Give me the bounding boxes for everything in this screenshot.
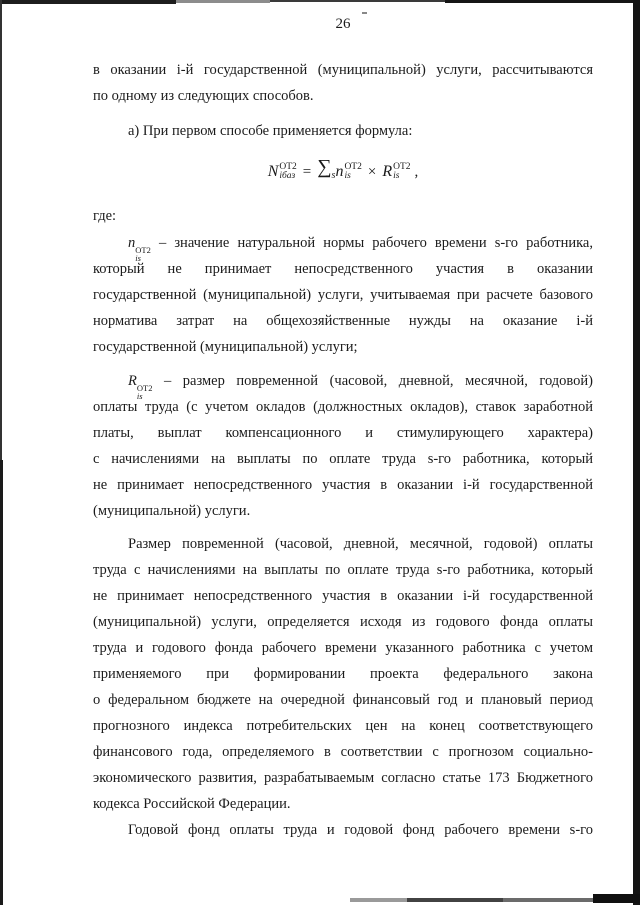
variable-base: R [382,159,392,185]
text-line: nОТ2is – значение натуральной нормы рабо… [93,230,593,256]
text-line: норматива затрат на общехозяйственные ну… [93,308,593,334]
document-content: в оказании i-й государственной (муниципа… [93,44,593,843]
text-line: кодекса Российской Федерации. [93,791,593,817]
scan-edge-left-2 [0,460,3,905]
text-line: финансового года, определяемого в соотве… [93,739,593,765]
formula-operator: × [368,159,376,185]
scan-edge-bottom-2 [407,898,503,902]
variable-subscript: iбаз [279,172,295,181]
text-line: не принимает непосредственного участия в… [93,472,593,498]
scan-edge-top-1 [0,0,176,4]
text-line: в оказании i-й государственной (муниципа… [93,57,593,83]
inline-variable: nОТ2is [128,235,151,251]
sum-base: ∑ [317,156,331,178]
scan-edge-top-3 [270,0,445,2]
formula-operator: , [415,159,419,185]
formula-variable: RОТ2is [382,159,410,185]
text-line: не принимает непосредственного участия в… [93,583,593,609]
text-line: труда с начислениями на выплаты по оплат… [93,557,593,583]
formula: NОТ2iбаз=∑snОТ2is×RОТ2is, [93,152,593,192]
scan-edge-bottom-3 [503,898,593,902]
scan-edge-bottom-1 [350,898,407,902]
text-line: (муниципальной) услуги, определяется исх… [93,609,593,635]
variable-base: N [268,159,279,185]
scan-edge-top-4 [445,0,640,3]
text-line: Размер повременной (часовой, дневной, ме… [93,531,593,557]
scan-edge-bottom-4 [593,894,640,903]
scan-edge-right [633,0,640,905]
text-line: RОТ2is – размер повременной (часовой, дн… [93,368,593,394]
text-line: который не принимает непосредственного у… [93,256,593,282]
line-text: – размер повременной (часовой, дневной, … [164,373,593,389]
variable-subscript: is [393,172,399,181]
text-line: государственной (муниципальной) услуги, … [93,282,593,308]
text-line: где: [93,203,593,229]
document-page: 26 в оказании i-й государственной (муниц… [0,0,640,905]
line-text: – значение натуральной нормы рабочего вр… [159,235,593,251]
variable-base: R [128,373,137,389]
text-line: применяемого при формировании проекта фе… [93,661,593,687]
text-line: по одному из следующих способов. [93,83,593,109]
text-line: о федеральном бюджете на очередной финан… [93,687,593,713]
inline-variable: RОТ2is [128,373,152,389]
text-line: Годовой фонд оплаты труда и годовой фонд… [93,817,593,843]
variable-subscript: is [344,172,350,181]
text-line: а) При первом способе применяется формул… [93,118,593,144]
text-line: труда и годового фонда рабочего времени … [93,635,593,661]
scan-edge-top-2 [176,0,270,3]
summation-symbol: ∑s [317,156,335,189]
text-line: платы, выплат компенсационного и стимули… [93,420,593,446]
text-line: государственной (муниципальной) услуги; [93,334,593,360]
text-line: прогнозного индекса потребительских цен … [93,713,593,739]
page-number: 26 [93,14,593,34]
formula-variable: NОТ2iбаз [268,159,297,185]
variable-base: n [128,235,135,251]
formula-operator: = [303,159,311,185]
text-line: (муниципальной) услуги. [93,498,593,524]
variable-base: n [335,159,343,185]
formula-variable: nОТ2is [335,159,361,185]
text-line: с начислениями на выплаты по оплате труд… [93,446,593,472]
text-line: оплаты труда (с учетом окладов (должност… [93,394,593,420]
text-line: экономического развития, разрабатываемым… [93,765,593,791]
